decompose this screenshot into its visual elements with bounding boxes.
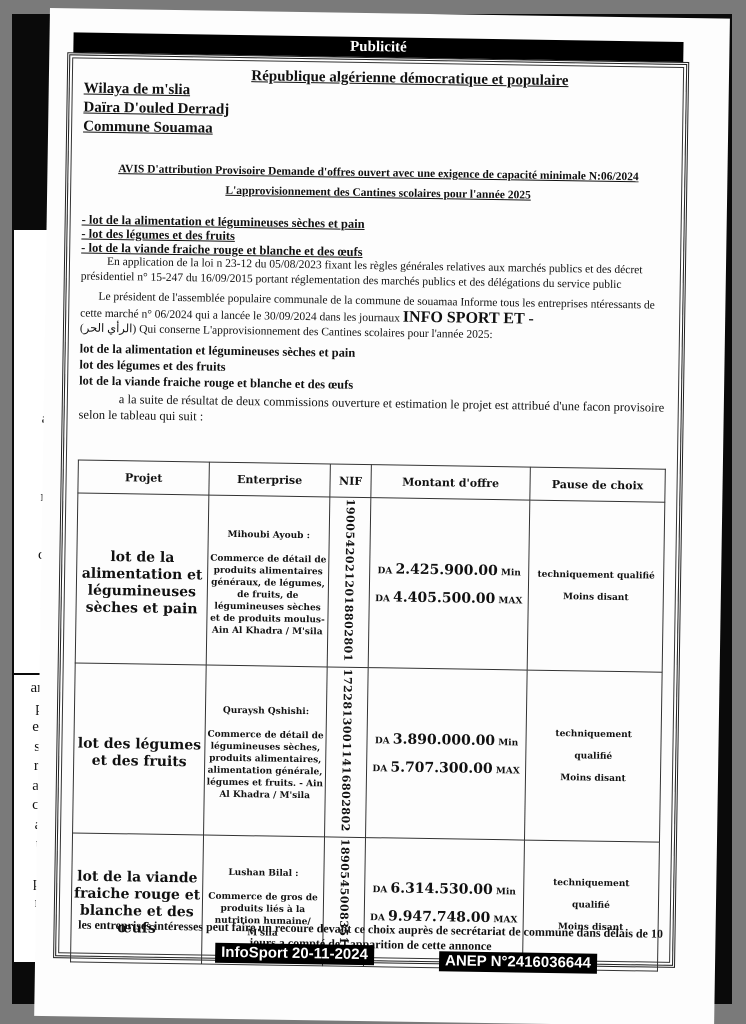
enterprise-name: Mihoubi Ayoub : [210,529,328,543]
montant-min: DA 3.890.000.00 Min [368,731,524,749]
pause-line: techniquement [528,726,660,742]
col-header-enterprise: Enterprise [209,462,331,497]
pause-line: Moins disant [530,589,662,605]
cell-nif: 190054202120188028​01 [327,497,371,668]
cell-pause: techniquementqualifiéMoins disant [524,670,662,842]
cell-montant: DA 3.890.000.00 MinDA 5.707.300.00 MAX [366,668,528,841]
cell-projet: lot de la alimentation et légumineuses s… [75,493,209,665]
enterprise-name: Lushan Bilal : [204,866,322,880]
montant-max: DA 5.707.300.00 MAX [368,759,524,777]
source-label: InfoSport 20-11-2024 [215,943,374,965]
col-header-projet: Projet [78,460,210,495]
montant-max: DA 4.405.500.00 MAX [371,589,527,607]
cell-projet: lot des légumes et des fruits [73,663,207,835]
table-row: lot des légumes et des fruitsQuraysh Qsh… [73,663,663,842]
cell-enterprise: Mihoubi Ayoub :Commerce de détail de pro… [206,495,330,667]
journal-name: INFO SPORT ET - [403,309,534,328]
president-paragraph: Le président de l'assemblée populaire co… [80,290,673,346]
pause-line: Moins disant [527,770,659,786]
enterprise-description: Commerce de détail de légumineuses sèche… [207,730,324,802]
pause-line: qualifié [525,898,657,914]
enterprise-description: Commerce de détail de produits alimentai… [210,554,326,638]
cell-enterprise: Quraysh Qshishi:Commerce de détail de lé… [204,665,328,837]
newspaper-clipping: Publicité République algérienne démocrat… [34,8,730,1024]
nif-number: 172281300114168028​02 [339,669,355,832]
col-header-pause: Pause de choix [530,467,666,502]
col-header-montant: Montant d'offre [371,465,530,500]
notice-frame: République algérienne démocratique et po… [53,52,689,968]
attribution-paragraph: a la suite de résultat de deux commissio… [78,391,670,432]
pause-line: qualifié [527,748,659,764]
cell-pause: techniquement qualifiéMoins disant [527,500,665,672]
col-header-nif: NIF [330,464,372,498]
attribution-table: Projet Enterprise NIF Montant d'offre Pa… [70,459,666,972]
arabic-journal-name: (الرأي الحر) [80,323,136,336]
pause-line: techniquement qualifié [530,567,662,583]
admin-block: Wilaya de m'slia Daïra D'ouled Derradj C… [83,80,676,146]
avis-title-block: AVIS D'attribution Provisoire Demande d'… [82,159,675,208]
lots-list-plain: lot de la alimentation et légumineuses s… [79,341,672,398]
table-row: lot de la alimentation et légumineuses s… [75,493,665,672]
cell-montant: DA 2.425.900.00 MinDA 4.405.500.00 MAX [368,498,530,671]
cell-nif: 172281300114168028​02 [325,667,369,838]
enterprise-name: Quraysh Qshishi: [207,705,325,719]
nif-number: 190054202120188028​01 [341,499,357,662]
anep-label: ANEP N°2416036644 [439,951,597,973]
pause-line: techniquement [525,876,657,892]
montant-min: DA 6.314.530.00 Min [366,880,522,898]
montant-min: DA 2.425.900.00 Min [371,561,527,579]
